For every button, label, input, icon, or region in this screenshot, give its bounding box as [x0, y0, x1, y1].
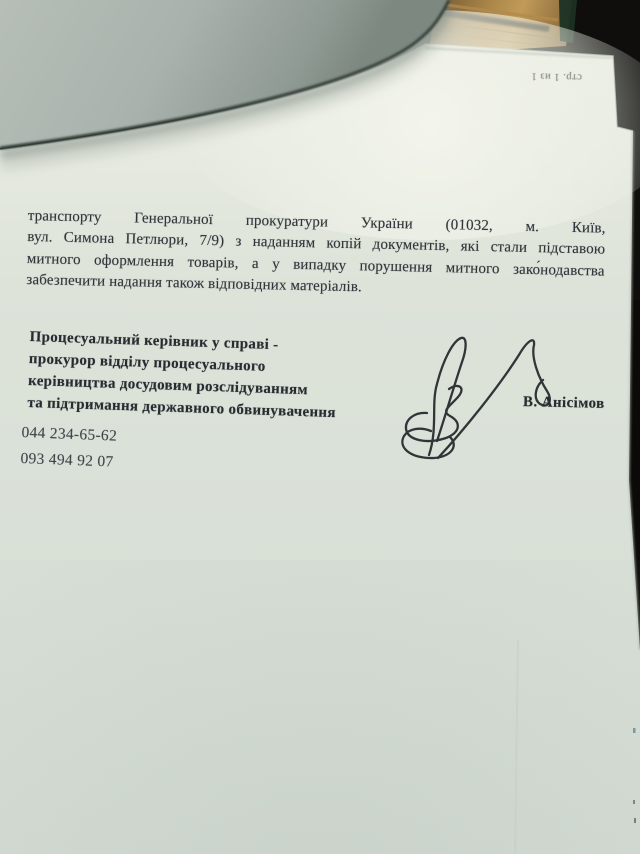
- phone-number: 093 494 92 07: [20, 445, 117, 474]
- signer-name: В. Анісімов: [523, 394, 605, 413]
- photo-of-document: стр. 1 из 1 транспорту Генеральної проку…: [0, 0, 640, 854]
- page-counter-label: стр. 1 из 1: [531, 70, 582, 82]
- signoff-block: Процесуальний керівник у справі - прокур…: [27, 326, 398, 426]
- phone-number: 044 234-65-62: [21, 420, 118, 449]
- body-paragraph: транспорту Генеральної прокуратури Украї…: [26, 206, 606, 304]
- phone-numbers: 044 234-65-62 093 494 92 07: [20, 420, 117, 475]
